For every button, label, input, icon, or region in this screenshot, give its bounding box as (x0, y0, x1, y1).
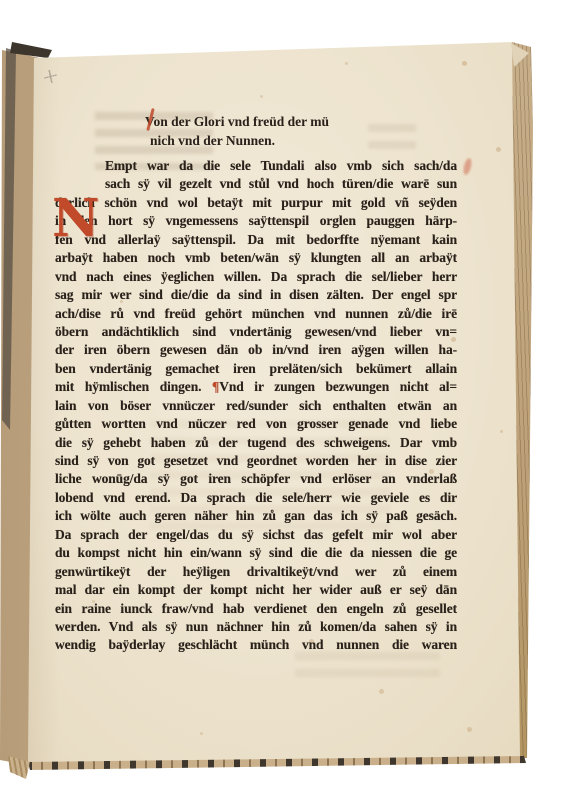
text-line: mit hÿmlischen dingen. ¶Vnd ir zungen be… (55, 378, 457, 396)
text-line: arbaÿt haben noch vmb beten/wän sÿ klung… (55, 249, 457, 267)
text-lines: Empt war da die sele Tundali also vmb si… (55, 157, 457, 655)
text-line: liche wonūg/da sÿ got iren schöpfer vnd … (55, 470, 457, 488)
text-line: du kompst nicht hin ein/wann sÿ sind die… (55, 544, 457, 562)
text-line: wendig baÿderlay geschlächt münch vnd nu… (55, 636, 457, 654)
text-line: derlich schön vnd wol betaÿt mit purpur … (55, 194, 457, 212)
chapter-heading-line1: Von der Glori vnd freüd der mü (145, 112, 457, 131)
initial-letter: N (52, 193, 100, 245)
text-line: sach sÿ vil gezelt vnd stůl vnd hoch tür… (55, 175, 457, 193)
text-line: vnd nach eines ÿeglichen willen. Da spra… (55, 268, 457, 286)
text-line: ich wölte auch geren näher hin zů gan da… (55, 507, 457, 525)
chapter-heading: Von der Glori vnd freüd der mü nich vnd … (55, 112, 457, 150)
text-line: in den hort sÿ vngemessens saÿttenspil o… (55, 212, 457, 230)
show-through (295, 652, 440, 682)
body-text: N Empt war da die sele Tundali also vmb … (55, 157, 457, 655)
text-line: Empt war da die sele Tundali also vmb si… (55, 157, 457, 175)
text-line: werden. Vnd als sÿ nun nächner hin zů ko… (55, 618, 457, 636)
text-block: Von der Glori vnd freüd der mü nich vnd … (55, 112, 457, 655)
pilcrow-mark: ¶ (212, 379, 219, 394)
text-line: genwürtikeÿt der heÿligen drivaltikeÿt/v… (55, 563, 457, 581)
chapter-heading-line2: nich vnd der Nunnen. (150, 131, 457, 150)
text-line: mal dar ein kompt der kompt nicht her wi… (55, 581, 457, 599)
text-line: sind sÿ von got gesetzet vnd geordnet wo… (55, 452, 457, 470)
pencil-mark (44, 70, 57, 83)
text-line: gůtten wortten vnd nüczer red von grosse… (55, 415, 457, 433)
text-line: der iren öbern gewesen dän ob in/vnd ire… (55, 341, 457, 359)
text-line: öbern andächtiklich sind vndertänig gewe… (55, 323, 457, 341)
text-line: ein raine iunck fraw/vnd hab verdienet d… (55, 600, 457, 618)
text-line: Da sprach der engel/das du sÿ sichst das… (55, 526, 457, 544)
text-line: lain von böser vnnüczer red/sunder sich … (55, 397, 457, 415)
photo-background: Von der Glori vnd freüd der mü nich vnd … (0, 0, 576, 800)
text-line: ach/dise rů vnd freüd gehört münchen vnd… (55, 305, 457, 323)
text-line: ben vndertänig gemachet iren preläten/si… (55, 360, 457, 378)
text-line: sag mir wer sind die/die da sind in dise… (55, 286, 457, 304)
text-line: fen vnd allerlaÿ saÿttenspil. Da mit bed… (55, 231, 457, 249)
text-line: die sÿ gehebt haben zů der tugend des sc… (55, 434, 457, 452)
text-line: lobend vnd erend. Da sprach die sele/her… (55, 489, 457, 507)
foxing-spots (0, 0, 3, 3)
